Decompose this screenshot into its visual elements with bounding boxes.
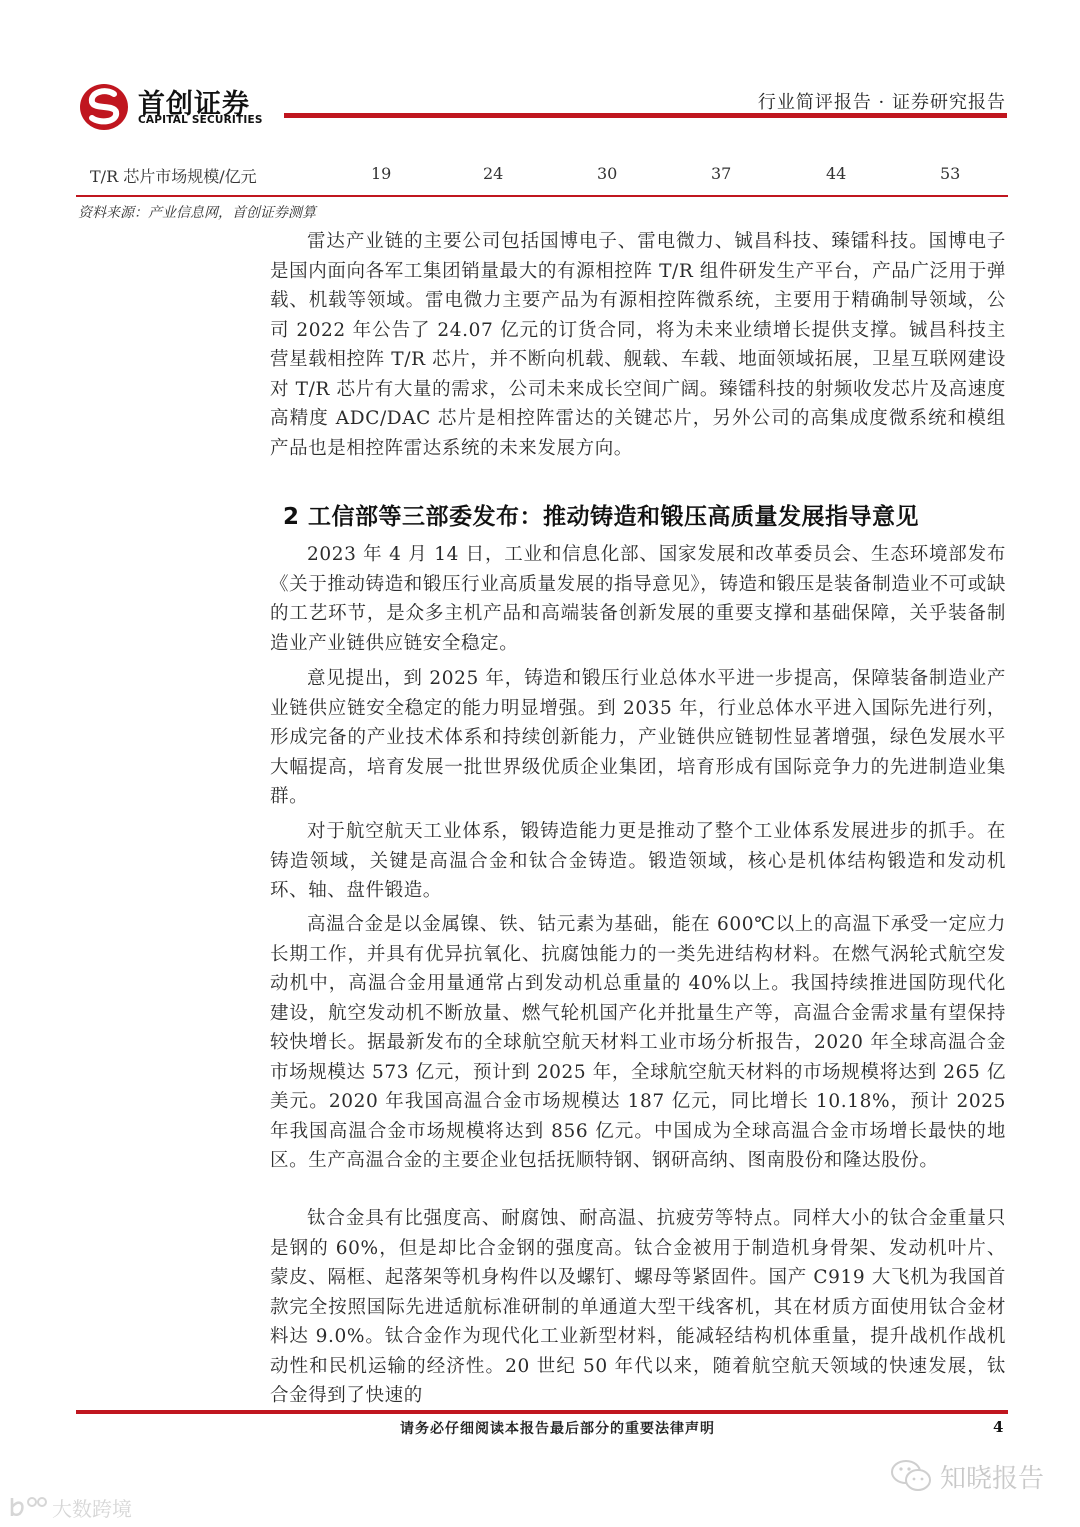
paragraph-text: 雷达产业链的主要公司包括国博电子、雷电微力、铖昌科技、臻镭科技。国博电子是国内面… bbox=[270, 227, 1006, 463]
report-type-title: 行业简评报告 · 证券研究报告 bbox=[758, 88, 1006, 114]
table-cell: 24 bbox=[483, 164, 503, 183]
footer-divider bbox=[76, 1410, 1008, 1414]
page-number: 4 bbox=[993, 1418, 1003, 1436]
paragraph-titanium-alloy: 钛合金具有比强度高、耐腐蚀、耐高温、抗疲劳等特点。同样大小的钛合金重量只是钢的 … bbox=[270, 1204, 1006, 1411]
table-cell: 30 bbox=[597, 164, 617, 183]
paragraph-policy-goals: 意见提出，到 2025 年，铸造和锻压行业总体水平进一步提高，保障装备制造业产业… bbox=[270, 664, 1006, 812]
section-heading-2: 2 工信部等三部委发布：推动铸造和锻压高质量发展指导意见 bbox=[283, 498, 919, 531]
table-cell: 37 bbox=[711, 164, 731, 183]
watermark-left-text: 大数跨境 bbox=[52, 1493, 132, 1522]
watermark-right: 知晓报告 bbox=[890, 1458, 1044, 1494]
paragraph-text: 意见提出，到 2025 年，铸造和锻压行业总体水平进一步提高，保障装备制造业产业… bbox=[270, 664, 1006, 812]
legal-disclaimer-note: 请务必仔细阅读本报告最后部分的重要法律声明 bbox=[400, 1418, 715, 1438]
table-cell: 19 bbox=[371, 164, 391, 183]
table-bottom-rule bbox=[76, 195, 1008, 197]
paragraph-superalloy: 高温合金是以金属镍、铁、钴元素为基础，能在 600℃以上的高温下承受一定应力长期… bbox=[270, 910, 1006, 1176]
table-source-note: 资料来源：产业信息网，首创证券测算 bbox=[78, 202, 316, 222]
watermark-left: 大数跨境 bbox=[8, 1492, 132, 1522]
paragraph-policy-release: 2023 年 4 月 14 日，工业和信息化部、国家发展和改革委员会、生态环境部… bbox=[270, 540, 1006, 658]
page-header: 首创证券 CAPITAL SECURITIES 行业简评报告 · 证券研究报告 bbox=[0, 0, 1080, 140]
paragraph-text: 高温合金是以金属镍、铁、钴元素为基础，能在 600℃以上的高温下承受一定应力长期… bbox=[270, 910, 1006, 1176]
paragraph-text: 2023 年 4 月 14 日，工业和信息化部、国家发展和改革委员会、生态环境部… bbox=[270, 540, 1006, 658]
paragraph-aerospace-forging: 对于航空航天工业体系，锻铸造能力更是推动了整个工业体系发展进步的抓手。在铸造领域… bbox=[270, 817, 1006, 906]
company-logo: 首创证券 CAPITAL SECURITIES bbox=[78, 80, 288, 132]
paragraph-text: 钛合金具有比强度高、耐腐蚀、耐高温、抗疲劳等特点。同样大小的钛合金重量只是钢的 … bbox=[270, 1204, 1006, 1411]
logo-english-name: CAPITAL SECURITIES bbox=[138, 114, 263, 126]
wechat-icon bbox=[890, 1458, 934, 1494]
table-cell: 53 bbox=[940, 164, 960, 183]
paragraph-radar-companies: 雷达产业链的主要公司包括国博电子、雷电微力、铖昌科技、臻镭科技。国博电子是国内面… bbox=[270, 227, 1006, 463]
table-row-label: T/R 芯片市场规模/亿元 bbox=[90, 164, 257, 187]
capital-securities-logo-icon bbox=[78, 80, 130, 132]
brand-logo-icon bbox=[8, 1494, 48, 1520]
table-cell: 44 bbox=[826, 164, 846, 183]
paragraph-text: 对于航空航天工业体系，锻铸造能力更是推动了整个工业体系发展进步的抓手。在铸造领域… bbox=[270, 817, 1006, 906]
watermark-right-text: 知晓报告 bbox=[940, 1458, 1044, 1495]
table-row: T/R 芯片市场规模/亿元 19 24 30 37 44 53 bbox=[76, 160, 1008, 190]
